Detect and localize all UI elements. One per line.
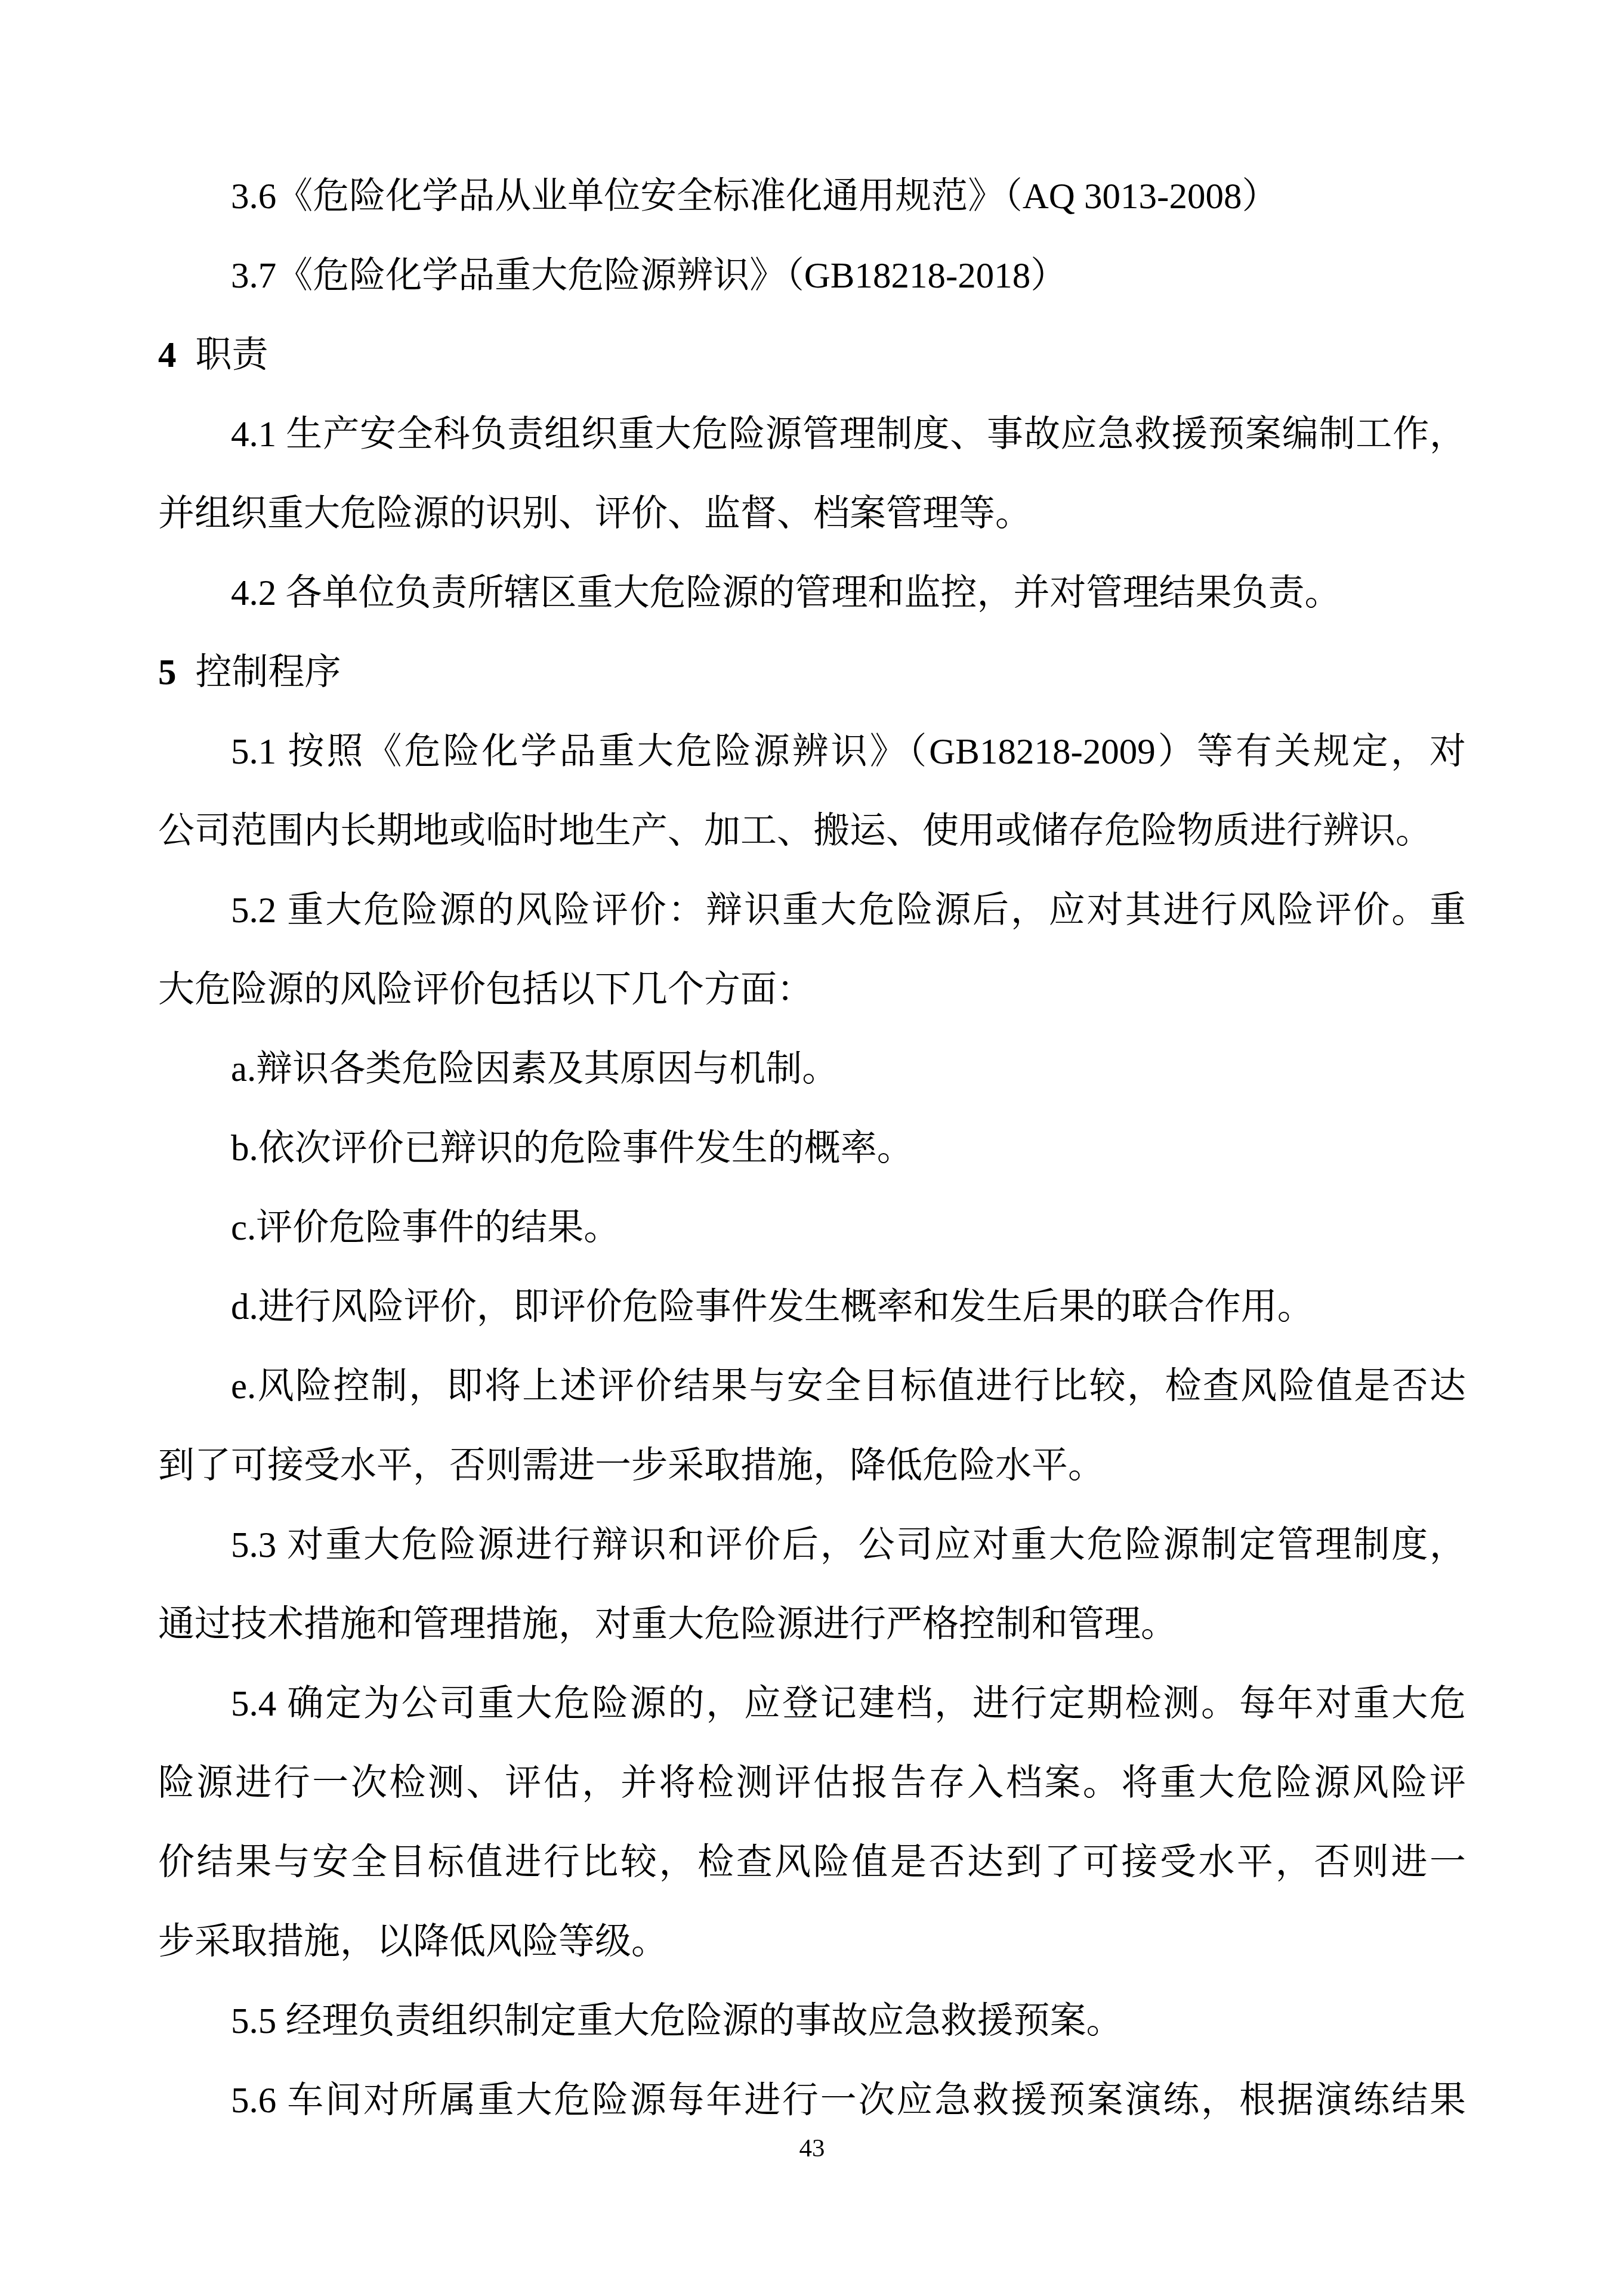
text-line: 到了可接受水平，否则需进一步采取措施，降低危险水平。	[158, 1426, 1466, 1506]
text-line: 并组织重大危险源的识别、评价、监督、档案管理等。	[158, 474, 1466, 554]
text-line: c.评价危险事件的结果。	[158, 1188, 1466, 1268]
text-line: 公司范围内长期地或临时地生产、加工、搬运、使用或储存危险物质进行辨识。	[158, 792, 1466, 871]
document-body: 3.6《危险化学品从业单位安全标准化通用规范》（AQ 3013-2008）3.7…	[158, 157, 1466, 2140]
section-number: 4	[158, 335, 177, 375]
section-heading: 5控制程序	[158, 633, 1466, 712]
text-line: 5.4 确定为公司重大危险源的，应登记建档，进行定期检测。每年对重大危	[158, 1664, 1466, 1744]
section-number: 5	[158, 653, 177, 693]
section-title: 控制程序	[196, 653, 341, 693]
text-line: 步采取措施，以降低风险等级。	[158, 1902, 1466, 1982]
text-line: 4.1 生产安全科负责组织重大危险源管理制度、事故应急救援预案编制工作，	[158, 395, 1466, 474]
text-line: e.风险控制，即将上述评价结果与安全目标值进行比较，检查风险值是否达	[158, 1347, 1466, 1426]
text-line: 5.6 车间对所属重大危险源每年进行一次应急救援预案演练，根据演练结果	[158, 2061, 1466, 2140]
text-line: d.进行风险评价，即评价危险事件发生概率和发生后果的联合作用。	[158, 1268, 1466, 1347]
text-line: 5.1 按照《危险化学品重大危险源辨识》（GB18218-2009）等有关规定，…	[158, 712, 1466, 792]
section-heading: 4职责	[158, 316, 1466, 395]
text-line: 4.2 各单位负责所辖区重大危险源的管理和监控，并对管理结果负责。	[158, 554, 1466, 633]
text-line: 险源进行一次检测、评估，并将检测评估报告存入档案。将重大危险源风险评	[158, 1744, 1466, 1823]
text-line: a.辩识各类危险因素及其原因与机制。	[158, 1030, 1466, 1109]
text-line: 5.2 重大危险源的风险评价：辩识重大危险源后，应对其进行风险评价。重	[158, 871, 1466, 950]
text-line: 5.3 对重大危险源进行辩识和评价后，公司应对重大危险源制定管理制度，	[158, 1506, 1466, 1585]
text-line: 5.5 经理负责组织制定重大危险源的事故应急救援预案。	[158, 1982, 1466, 2061]
text-line: b.依次评价已辩识的危险事件发生的概率。	[158, 1109, 1466, 1188]
page-number: 43	[0, 2131, 1624, 2167]
text-line: 大危险源的风险评价包括以下几个方面：	[158, 950, 1466, 1030]
section-title: 职责	[196, 335, 268, 375]
text-line: 通过技术措施和管理措施，对重大危险源进行严格控制和管理。	[158, 1585, 1466, 1664]
text-line: 3.6《危险化学品从业单位安全标准化通用规范》（AQ 3013-2008）	[158, 157, 1466, 236]
text-line: 价结果与安全目标值进行比较，检查风险值是否达到了可接受水平，否则进一	[158, 1823, 1466, 1902]
text-line: 3.7《危险化学品重大危险源辨识》（GB18218-2018）	[158, 236, 1466, 316]
document-page: 3.6《危险化学品从业单位安全标准化通用规范》（AQ 3013-2008）3.7…	[0, 0, 1624, 2296]
